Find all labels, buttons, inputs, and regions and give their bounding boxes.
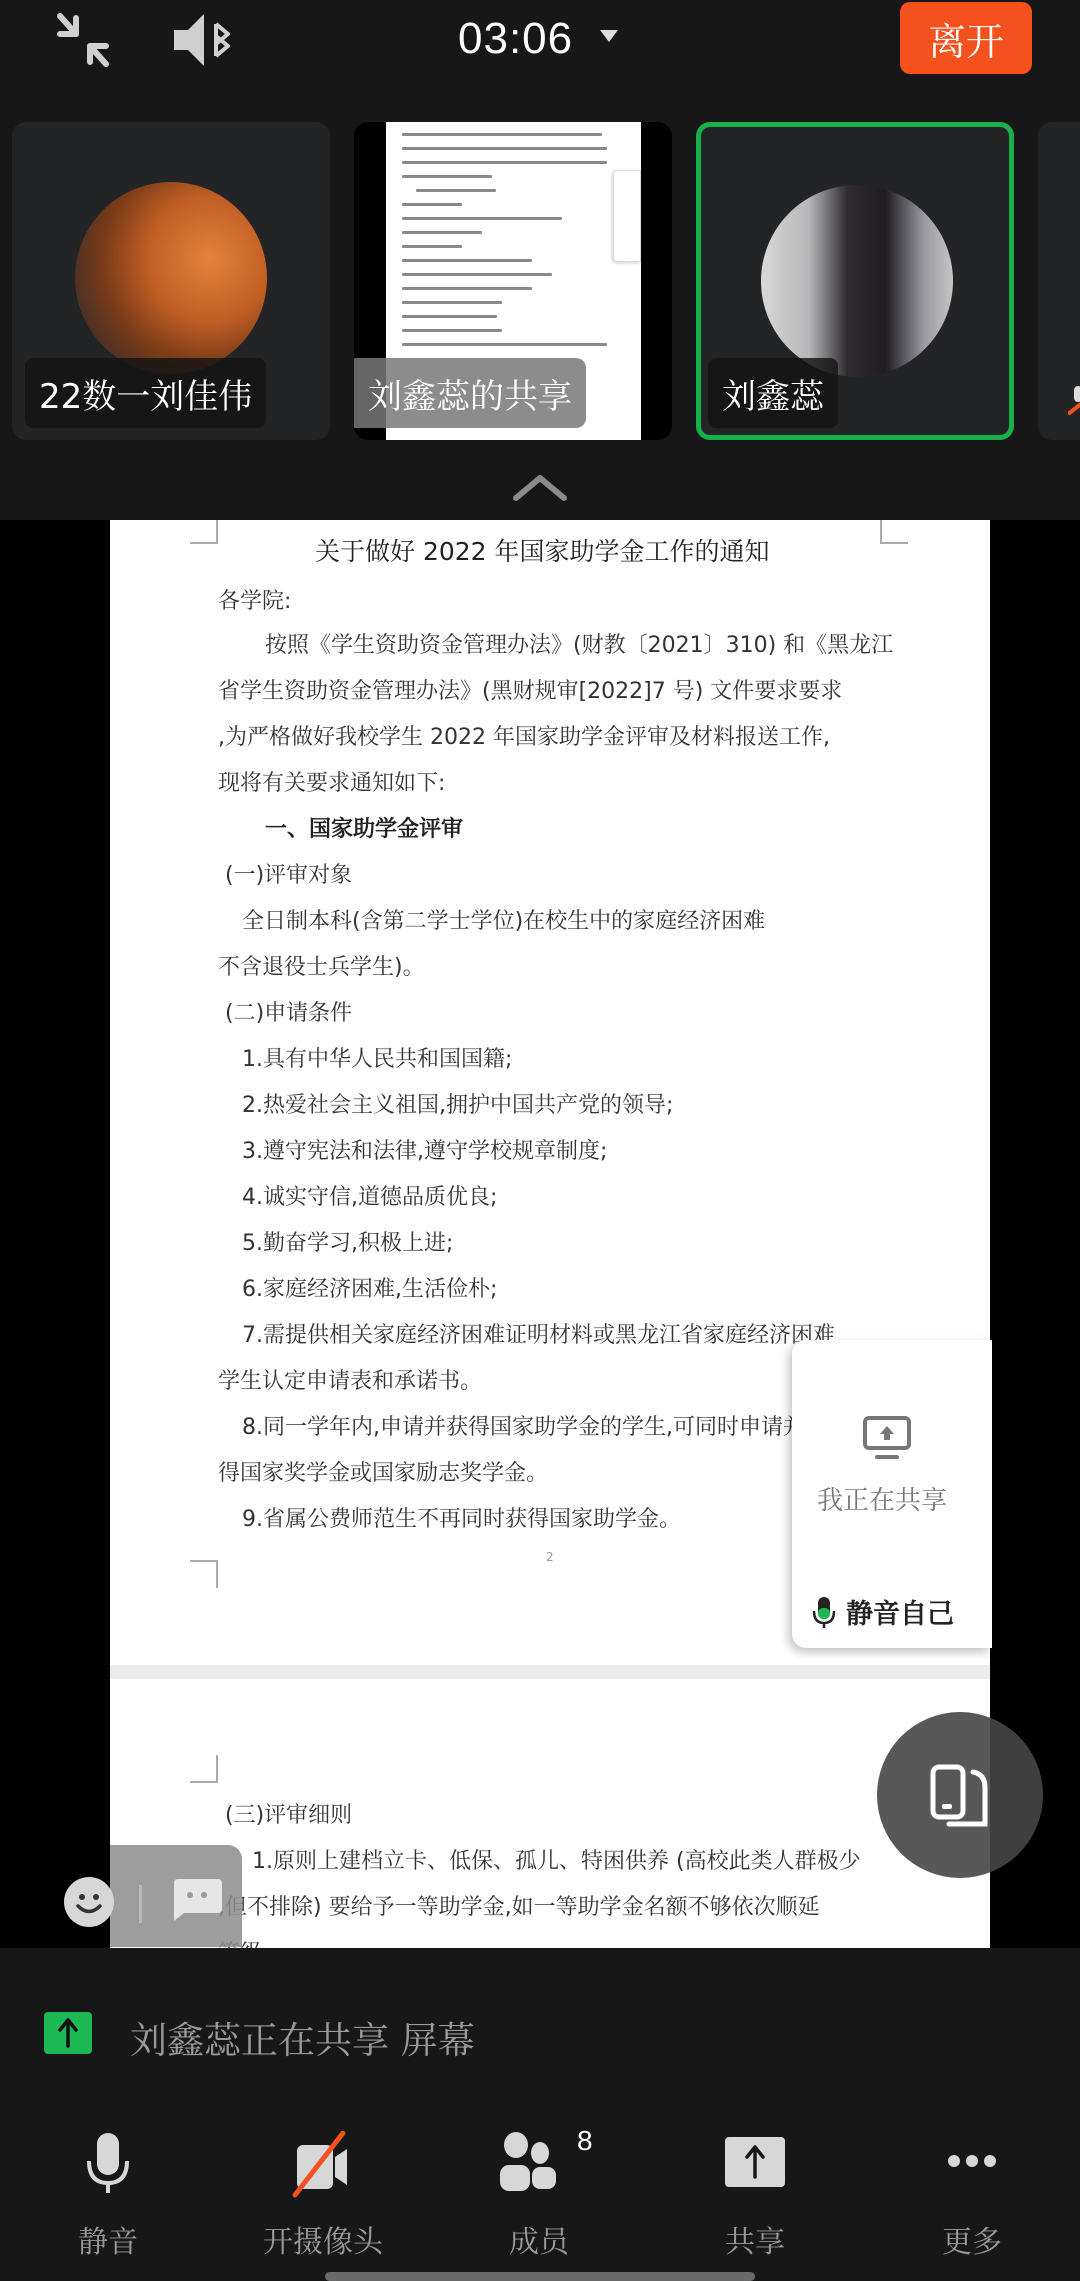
- doc-paragraph: 全日制本科(含第二学士学位)在校生中的家庭经济困难: [242, 904, 765, 935]
- sharing-label: 我正在共享: [817, 1480, 947, 1517]
- mute-button[interactable]: 静音: [28, 2125, 188, 2255]
- microphone-icon: [85, 2131, 131, 2195]
- more-label: 更多: [892, 2217, 1052, 2261]
- collapse-chevron-icon[interactable]: [512, 472, 568, 502]
- minimize-icon[interactable]: [52, 10, 118, 70]
- doc-subheading: (一)评审对象: [225, 858, 352, 889]
- page-corner-mark: [190, 520, 218, 544]
- participant-name: 刘鑫蕊的共享: [354, 358, 586, 428]
- participant-count-badge: 8: [577, 2125, 593, 2157]
- page-corner-mark: [190, 1755, 218, 1783]
- sharing-status-bar: 刘鑫蕊正在共享 屏幕: [0, 1948, 1080, 2080]
- participant-tile-active[interactable]: 刘鑫蕊: [696, 122, 1014, 440]
- bluetooth-speaker-icon[interactable]: [170, 10, 240, 70]
- rotate-screen-icon: [877, 1712, 1043, 1878]
- doc-paragraph: 不含退役士兵学生)。: [218, 950, 425, 981]
- doc-title: 关于做好 2022 年国家助学金工作的通知: [315, 532, 770, 568]
- page-separator: [110, 1665, 990, 1679]
- participants-button[interactable]: 8 成员: [459, 2125, 619, 2255]
- divider: [139, 1885, 142, 1923]
- screen-share-icon: [862, 1415, 912, 1461]
- doc-paragraph: 省学生资助资金管理办法》(黑财规审[2022]7 号) 文件要求要求: [218, 674, 842, 705]
- doc-list-item: 7.需提供相关家庭经济困难证明材料或黑龙江省家庭经济困难: [242, 1318, 835, 1349]
- mute-label: 静音: [28, 2217, 188, 2261]
- page-number: 2: [546, 1550, 554, 1564]
- sharing-popup: 我正在共享 静音自己: [792, 1340, 992, 1648]
- doc-subheading: (二)申请条件: [225, 996, 352, 1027]
- share-icon: [725, 2137, 785, 2187]
- reaction-bar: [60, 1845, 242, 1947]
- doc-list-item: 学生认定申请表和承诺书。: [218, 1364, 482, 1395]
- doc-list-item: 得国家奖学金或国家励志奖学金。: [218, 1456, 548, 1487]
- emoji-icon[interactable]: [64, 1877, 114, 1927]
- doc-salutation: 各学院:: [218, 584, 291, 615]
- document-page: 关于做好 2022 年国家助学金工作的通知 各学院: 按照《学生资助资金管理办法…: [110, 520, 990, 1948]
- page-corner-mark: [190, 1560, 218, 1588]
- doc-subheading: (三)评审细则: [225, 1798, 352, 1829]
- top-bar: 03:06 离开: [0, 0, 1080, 110]
- share-button[interactable]: 共享: [675, 2125, 835, 2255]
- avatar: [761, 185, 953, 377]
- doc-paragraph: ,但不排除) 要给予一等助学金,如一等助学金名额不够依次顺延: [218, 1890, 820, 1921]
- sharing-status-text: 刘鑫蕊正在共享 屏幕: [130, 2010, 475, 2064]
- participant-tile-partial[interactable]: [1038, 122, 1080, 440]
- doc-list-item: 2.热爱社会主义祖国,拥护中国共产党的领导;: [242, 1088, 673, 1119]
- chat-icon[interactable]: [168, 1877, 224, 1923]
- meeting-toolbar: 静音 开摄像头 8 成员 共享 更多: [0, 2080, 1080, 2281]
- camera-off-icon: [287, 2131, 359, 2199]
- participants-icon: [498, 2131, 560, 2193]
- doc-list-item: 1.具有中华人民共和国国籍;: [242, 1042, 512, 1073]
- doc-list-item: 6.家庭经济困难,生活俭朴;: [242, 1272, 497, 1303]
- participant-strip[interactable]: 22数一刘佳伟 刘鑫蕊的共享 刘鑫蕊: [0, 110, 1080, 520]
- doc-list-item: 4.诚实守信,道德品质优良;: [242, 1180, 497, 1211]
- share-label: 共享: [675, 2217, 835, 2261]
- share-upload-icon: [44, 2012, 92, 2054]
- microphone-icon: [812, 1595, 836, 1629]
- home-indicator[interactable]: [325, 2272, 755, 2281]
- page-corner-mark: [880, 520, 908, 544]
- participant-tile[interactable]: 22数一刘佳伟: [12, 122, 330, 440]
- share-popup-thumbnail: [613, 170, 641, 262]
- mute-self-label: 静音自己: [846, 1592, 954, 1631]
- doc-list-item: 9.省属公费师范生不再同时获得国家助学金。: [242, 1502, 681, 1533]
- doc-heading: 一、国家助学金评审: [265, 812, 463, 843]
- meeting-timer[interactable]: 03:06: [458, 14, 573, 64]
- screen-share-tile[interactable]: 刘鑫蕊的共享: [354, 122, 672, 440]
- start-camera-button[interactable]: 开摄像头: [243, 2125, 403, 2255]
- leave-button[interactable]: 离开: [900, 2, 1032, 74]
- mute-self-button[interactable]: 静音自己: [812, 1592, 954, 1631]
- doc-list-item: 3.遵守宪法和法律,遵守学校规章制度;: [242, 1134, 607, 1165]
- avatar: [75, 182, 267, 374]
- doc-paragraph: ,为严格做好我校学生 2022 年国家助学金评审及材料报送工作,: [218, 720, 830, 751]
- mic-muted-icon: [1068, 382, 1080, 416]
- start-camera-label: 开摄像头: [243, 2217, 403, 2261]
- more-button[interactable]: 更多: [892, 2125, 1052, 2255]
- doc-paragraph: 1.原则上建档立卡、低保、孤儿、特困供养 (高校此类人群极少: [252, 1844, 861, 1875]
- doc-list-item: 8.同一学年内,申请并获得国家助学金的学生,可同时申请并获: [242, 1410, 827, 1441]
- doc-paragraph: 按照《学生资助资金管理办法》(财教〔2021〕310) 和《黑龙江: [265, 628, 893, 659]
- doc-list-item: 5.勤奋学习,积极上进;: [242, 1226, 453, 1257]
- more-icon: [947, 2153, 997, 2169]
- rotate-screen-button[interactable]: [877, 1712, 1043, 1878]
- participant-name: 22数一刘佳伟: [25, 358, 266, 428]
- doc-paragraph: 现将有关要求通知如下:: [218, 766, 445, 797]
- caret-down-icon[interactable]: [600, 30, 618, 42]
- participant-name: 刘鑫蕊: [708, 358, 838, 428]
- participants-label: 成员: [459, 2217, 619, 2261]
